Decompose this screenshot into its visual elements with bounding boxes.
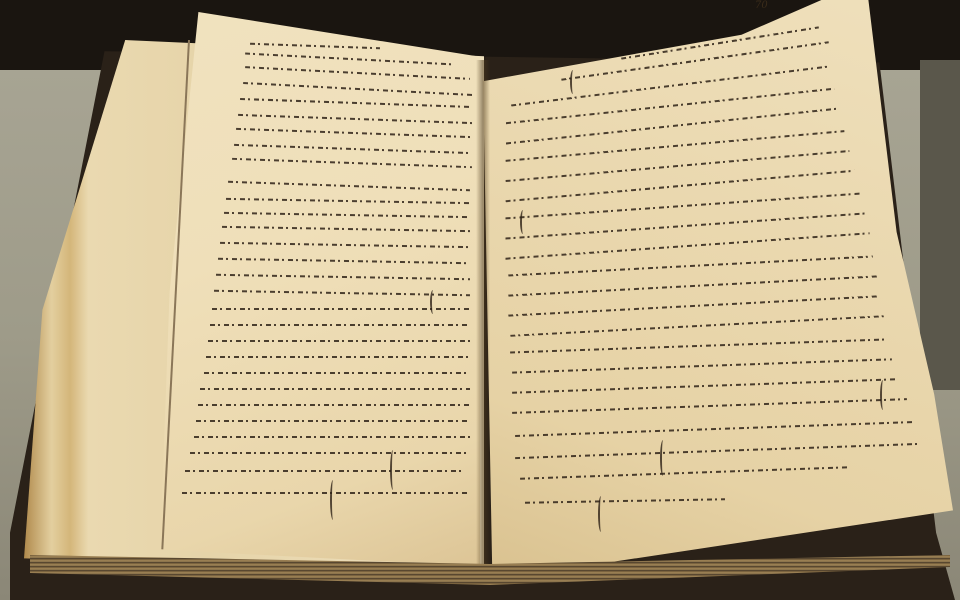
handwriting-line bbox=[512, 358, 892, 373]
handwriting-line bbox=[506, 130, 845, 162]
handwriting-line bbox=[512, 398, 907, 414]
handwriting-line bbox=[506, 107, 839, 144]
ink-flourish bbox=[520, 210, 526, 234]
ink-flourish bbox=[598, 496, 604, 532]
handwriting-line bbox=[515, 421, 915, 437]
handwriting-line bbox=[508, 295, 878, 316]
handwriting-line bbox=[508, 275, 878, 296]
handwriting-line bbox=[506, 88, 834, 124]
ink-flourish bbox=[880, 380, 886, 410]
handwriting-line bbox=[621, 26, 819, 59]
ink-flourish bbox=[570, 70, 576, 94]
handwriting-line bbox=[508, 255, 873, 276]
handwriting-line bbox=[525, 498, 725, 503]
handwriting-line bbox=[505, 232, 869, 259]
handwriting-line bbox=[511, 66, 829, 107]
ink-flourish bbox=[660, 440, 666, 476]
handwriting-line bbox=[512, 378, 897, 393]
right-page-handwriting bbox=[0, 0, 960, 600]
handwriting-line bbox=[515, 443, 920, 459]
handwriting-line bbox=[520, 466, 850, 480]
handwriting-line bbox=[510, 315, 885, 337]
handwriting-line bbox=[510, 338, 885, 353]
